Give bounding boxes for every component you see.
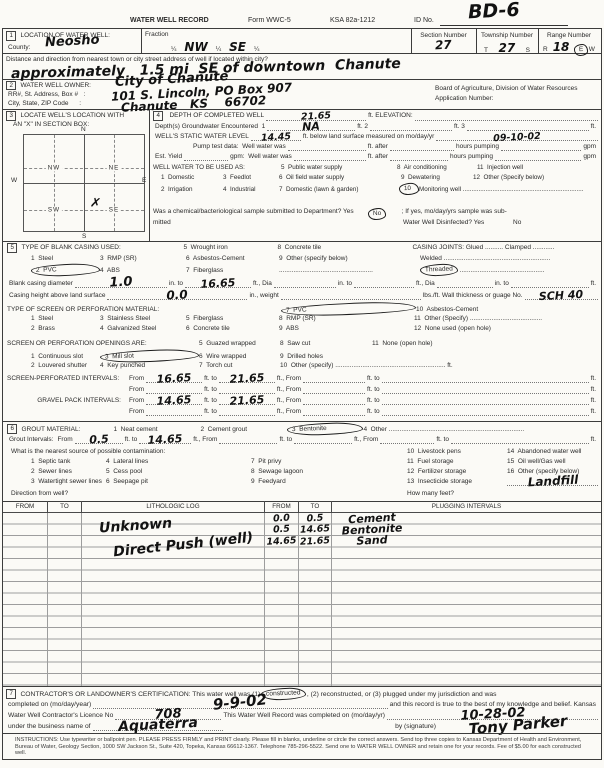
how-many-feet-label: How many feet?: [407, 489, 454, 498]
option-item: 2 Brass: [31, 324, 100, 333]
option-item: Welded .................................…: [420, 254, 550, 263]
form-frame: 1 LOCATION OF WATER WELL: County: Neosho…: [2, 28, 602, 760]
contamination-other-blank: Landfill: [507, 479, 598, 486]
quadrant-label-ne: NE: [107, 164, 122, 171]
diameter-blank: 1.0: [75, 281, 167, 288]
after-label: ft. after: [368, 142, 388, 151]
grout-from2-blank: [219, 437, 277, 444]
option-item: 1 Septic tank: [31, 457, 106, 466]
gravel-to2-blank: [382, 398, 589, 405]
gravel-from2-blank: [303, 398, 365, 405]
casing-height-line: Casing height above land surface 0.0 in.…: [7, 291, 598, 300]
casing-diameter-line: Blank casing diameter 1.0 in. to 16.65 f…: [7, 279, 598, 288]
circled-constructed: constructed: [261, 687, 306, 701]
handwritten-gravel-to: 21.65: [229, 394, 264, 407]
screen-interval-line1: SCREEN-PERFORATED INTERVALS: From 16.65 …: [7, 374, 598, 383]
contamination-row4: 3 Watertight sewer lines6 Seepage pit9 F…: [31, 477, 598, 486]
gravel-to3-blank: [219, 409, 275, 416]
in-to-label: in. to: [495, 279, 509, 288]
after-label: ft. after: [368, 152, 388, 161]
pump-after-blank: [390, 144, 454, 151]
groundwater3-blank: [467, 124, 589, 131]
instructions-text: INSTRUCTIONS: Use typewriter or ballpoin…: [15, 737, 581, 756]
sample-question: Was a chemical/bacteriological sample su…: [153, 207, 354, 216]
fraction-label: Fraction: [145, 31, 168, 38]
option-item: 5 Wrought iron: [183, 243, 277, 252]
section-box-center-horizontal-line: [24, 183, 144, 184]
compass-north-label: N: [81, 126, 86, 133]
option-item: Monitoring well ........................…: [419, 185, 583, 194]
ft-label: ft.: [591, 407, 596, 416]
licence-label: Water Well Contractor's Licence No: [8, 711, 113, 720]
ft-from-label: ft., From: [277, 407, 301, 416]
option-item: 1 Continuous slot: [31, 352, 100, 361]
option-item: 12 None used (open hole): [414, 324, 491, 333]
ft-to-label: ft. to: [367, 407, 380, 416]
measured-date-blank: 09-10-02: [436, 134, 598, 141]
option-item: ........................................…: [279, 266, 420, 275]
signature-blank: Tony Parker: [438, 724, 598, 731]
section4-number: 4: [153, 111, 163, 121]
application-number-label: Application Number:: [435, 95, 494, 102]
section7-number: 7: [6, 689, 16, 699]
use-label-line: WELL WATER TO BE USED AS: 5 Public water…: [153, 163, 598, 172]
sample-question2: ; If yes, mo/day/yrs sample was sub-: [402, 207, 507, 216]
option-item: 9 Drilled holes: [280, 352, 323, 361]
from-label: From: [57, 435, 72, 444]
compass-west-label: W: [11, 177, 17, 184]
option-item: 8 RMP (SR): [279, 314, 414, 323]
option-item: 6 Wire wrapped: [199, 352, 280, 361]
groundwater2-label: ft. 2: [357, 122, 368, 131]
openings-title-row: SCREEN OR PERFORATION OPENINGS ARE: 5 Gu…: [7, 339, 598, 348]
gravel-from4-blank: [303, 409, 365, 416]
screen-to2-blank: [382, 376, 589, 383]
option-item: 5 Public water supply: [281, 163, 397, 172]
quarter-symbol: ¼: [254, 45, 259, 54]
static-water-level-blank: 14.45: [251, 134, 301, 141]
handwritten-section-number: 27: [435, 39, 452, 52]
pump-ft-blank: [288, 144, 366, 151]
blank-casing-title: TYPE OF BLANK CASING USED:: [21, 243, 183, 252]
direction-line: Direction from well? How many feet?: [11, 489, 598, 498]
option-item: 8 Saw cut: [280, 339, 372, 348]
handwritten-township: 27: [498, 42, 515, 54]
range-e: E: [579, 46, 584, 53]
section3-title-a: LOCATE WELL'S LOCATION WITH: [20, 111, 124, 120]
option-item: 10 Asbestos-Cement: [416, 305, 478, 314]
yield-label: Est. Yield: [155, 152, 182, 161]
range-line: R 18 E W: [540, 41, 600, 56]
owner-city-label-line: City, State, ZIP Code :: [8, 99, 81, 108]
log-header-from2: FROM: [264, 501, 298, 512]
grout-to-blank: 14.65: [139, 437, 191, 444]
dia2-to-blank: [354, 281, 414, 288]
section-box-quarter-line: [54, 135, 55, 231]
handwritten-grout-to: 14.65: [148, 433, 183, 446]
compass-east-label: E: [142, 177, 146, 184]
direction-label: Direction from well?: [11, 489, 407, 498]
dia3-blank: [437, 281, 493, 288]
option-item: 8 Concrete tile: [277, 243, 412, 252]
option-item: 14 Abandoned water well: [507, 447, 581, 456]
screen-material-row3: 2 Brass4 Galvanized Steel6 Concrete tile…: [31, 324, 598, 333]
ft-from-label: ft., From: [193, 435, 217, 444]
grout-from3-blank: [380, 437, 434, 444]
diameter-label: Blank casing diameter: [9, 279, 73, 288]
handwritten-contamination-other: Landfill: [527, 474, 578, 489]
use-options-row3: 2 Irrigation4 Industrial7 Domestic (lawn…: [161, 183, 598, 195]
from-label: From: [129, 396, 144, 405]
dia3-to-blank: [511, 281, 589, 288]
option-item: 4 Lateral lines: [106, 457, 251, 466]
disinfected-line: mitted Water Well Disinfected? Yes No: [153, 218, 598, 227]
gravel-from3-blank: [146, 409, 202, 416]
quadrant-label-nw: NW: [46, 164, 63, 171]
grout-intervals-line: Grout Intervals: From 0.5 ft. to 14.65 f…: [7, 435, 598, 444]
screen-material-label: TYPE OF SCREEN OR PERFORATION MATERIAL:: [7, 305, 281, 314]
gpm-label: gpm: [583, 152, 596, 161]
handwritten-well-id: BD-6: [468, 1, 521, 23]
yield-gpm-blank: [495, 154, 581, 161]
screen-to3-blank: [219, 387, 275, 394]
from-label: From: [129, 385, 144, 394]
option-item: 15 Oil well/Gas well: [507, 457, 566, 466]
option-item: 7 Domestic (lawn & garden): [279, 185, 399, 194]
handwritten-diameter: 1.0: [109, 275, 133, 289]
option-item: 9 ABS: [279, 324, 414, 333]
casing-height-blank: 0.0: [107, 293, 247, 300]
gravel-interval-line1: GRAVEL PACK INTERVALS: From 14.65 ft. to…: [7, 396, 598, 405]
handwritten-fraction-2: SE: [229, 41, 246, 53]
option-item: 9 Feedyard: [251, 477, 407, 486]
quarter-symbol: ¼: [171, 45, 176, 54]
owner-address-label: RR#, St. Address, Box # :: [8, 90, 85, 99]
handwritten-grout-from: 0.5: [89, 433, 109, 445]
option-item: 3 Watertight sewer lines: [31, 477, 106, 486]
handwritten-diameter-to: 16.65: [200, 277, 235, 290]
option-item: 1 Domestic: [161, 173, 223, 182]
owner-address-label-line: RR#, St. Address, Box # :: [8, 90, 85, 99]
yield-after-blank: [390, 154, 448, 161]
option-item: 4 Key punched: [100, 361, 199, 370]
use-label: WELL WATER TO BE USED AS:: [153, 163, 281, 172]
form-title: WATER WELL RECORD: [130, 17, 209, 24]
from-label: From: [129, 407, 144, 416]
handwritten-lithology-1: Unknown: [99, 516, 173, 535]
handwritten-plug-material-3: Sand: [337, 533, 407, 548]
log-header-to2: TO: [298, 501, 331, 512]
owner-title: WATER WELL OWNER:: [20, 81, 91, 90]
handwritten-plug-to-3: 21.65: [299, 536, 331, 547]
static-water-level-label2: ft. below land surface measured on mo/da…: [303, 132, 435, 141]
groundwater2-blank: [370, 124, 452, 131]
fraction-line: ¼ NW ¼ SE ¼: [153, 41, 403, 54]
contamination-label: What is the nearest source of possible c…: [11, 447, 407, 456]
screen-to4-blank: [382, 387, 589, 394]
option-item: 3 Feedlot: [223, 173, 279, 182]
pump-gpm-blank: [501, 144, 581, 151]
handwritten-business-name: Aquaterra: [117, 716, 197, 734]
ft-from-label: ft., From: [277, 396, 301, 405]
ft-to-label: ft. to: [367, 374, 380, 383]
quadrant-label-sw: SW: [46, 206, 62, 213]
option-item: 5 Cess pool: [106, 467, 251, 476]
option-item: CASING JOINTS: Glued .......... Clamped …: [412, 243, 554, 252]
gravel-intervals-label: GRAVEL PACK INTERVALS:: [7, 396, 127, 405]
range-r: R: [543, 45, 548, 54]
sample-question-line: Was a chemical/bacteriological sample su…: [153, 207, 598, 216]
quadrant-label-se: SE: [107, 206, 121, 213]
screen-to-blank: 21.65: [219, 376, 275, 383]
form-number: Form WWC-5: [248, 17, 291, 24]
depth-label: DEPTH OF COMPLETED WELL: [169, 111, 264, 120]
option-item: 4 ABS: [100, 266, 186, 275]
option-item: 10 Other (specify) .....................…: [280, 361, 453, 370]
ft-to-label: ft. to: [204, 374, 217, 383]
grout-intervals-label: Grout Intervals:: [9, 435, 53, 444]
dia2-blank: [274, 281, 336, 288]
option-item: 8 Air conditioning: [397, 163, 477, 172]
option-item: 1 Neat cement: [113, 425, 200, 434]
option-item: 2 Louvered shutter: [31, 361, 100, 370]
section2-number: 2: [6, 81, 16, 91]
certification-text-b: , (2) reconstructed, or (3) plugged unde…: [307, 690, 497, 699]
option-item: 12 Fertilizer storage: [407, 467, 507, 476]
ft-to-label: ft. to: [436, 435, 449, 444]
quarter-symbol: ¼: [216, 45, 221, 54]
owner-city-label: City, State, ZIP Code :: [8, 99, 81, 108]
groundwater-label: Depth(s) Groundwater Encountered 1: [155, 122, 265, 131]
option-item: 7 Pit privy: [251, 457, 407, 466]
screen-interval-line2: From ft. to ft., From ft. to ft.: [127, 385, 598, 394]
option-item: 2 Irrigation: [161, 185, 223, 194]
gpm-label: gpm: [583, 142, 596, 151]
contamination-row3: 2 Sewer lines5 Cess pool8 Sewage lagoon1…: [31, 467, 598, 476]
ft-to-label: ft. to: [204, 407, 217, 416]
compass-south-label: S: [82, 233, 86, 240]
screen-intervals-label: SCREEN-PERFORATED INTERVALS:: [7, 374, 127, 383]
section3-title-line2: AN "X" IN SECTION BOX:: [13, 120, 89, 129]
option-item: 2 Sewer lines: [31, 467, 106, 476]
wall-label: lbs./ft. Wall thickness or guage No.: [423, 291, 523, 300]
owner-title-line: 2 WATER WELL OWNER:: [6, 81, 91, 91]
township-t: T: [484, 46, 488, 55]
yield-blank: [184, 154, 228, 161]
section3-title-b: AN "X" IN SECTION BOX:: [13, 120, 89, 129]
township-label: Township Number: [481, 31, 533, 40]
gravel-to-blank: 21.65: [219, 398, 275, 405]
ft-from-label: ft., From: [277, 374, 301, 383]
screen-from2-blank: [303, 376, 365, 383]
groundwater1-blank: NA: [267, 124, 355, 131]
completed-on-label: completed on (mo/day/year): [8, 700, 91, 709]
handwritten-casing-height: 0.0: [167, 288, 189, 301]
static-water-level-line: WELL'S STATIC WATER LEVEL 14.45 ft. belo…: [153, 132, 598, 141]
handwritten-gauge: SCH 40: [539, 289, 584, 302]
handwritten-range: 18: [553, 41, 570, 53]
range-w: W: [589, 45, 595, 54]
ft-dia-label: ft., Dia: [253, 279, 272, 288]
record-completed-label: This Water Well Record was completed on …: [223, 711, 385, 720]
weight-label: in., weight: [249, 291, 278, 300]
ft-label: ft.: [591, 279, 596, 288]
option-item: 11 None (open hole): [372, 339, 433, 348]
certification-line4: under the business name of Aquaterra by …: [6, 722, 598, 731]
handwritten-screen-from: 16.65: [157, 372, 192, 385]
groundwater-line: Depth(s) Groundwater Encountered 1 NA ft…: [153, 122, 598, 131]
log-header-plugging: PLUGGING INTERVALS: [331, 501, 601, 512]
circled-option: Threaded: [420, 263, 458, 276]
grout-to3-blank: [451, 437, 589, 444]
ft-to-label: ft. to: [204, 396, 217, 405]
handwritten-completed-date: 9-9-02: [213, 692, 268, 713]
gauge-blank: SCH 40: [525, 293, 598, 300]
openings-label: SCREEN OR PERFORATION OPENINGS ARE:: [7, 339, 199, 348]
blank-casing-row2: 1 Steel3 RMP (SR)6 Asbestos-Cement9 Othe…: [31, 254, 598, 263]
option-item: 6 Seepage pit: [106, 477, 251, 486]
in-to-label: in. to: [169, 279, 183, 288]
option-item: 8 Sewage lagoon: [251, 467, 407, 476]
use-options-row2: 1 Domestic3 Feedlot6 Oil field water sup…: [161, 173, 598, 182]
section-box-quarter-line: [24, 168, 144, 169]
screen-from4-blank: [303, 387, 365, 394]
option-item: 4 Industrial: [223, 185, 279, 194]
option-item: 6 Concrete tile: [186, 324, 279, 333]
elevation-blank: [415, 114, 598, 121]
elevation-label: ft. ELEVATION:: [368, 111, 413, 120]
table-column-line: [331, 513, 332, 686]
from-label: From: [129, 374, 144, 383]
pump-test-label: Pump test data: Well water was: [193, 142, 286, 151]
handwritten-plug-from-2: 0.5: [265, 524, 298, 535]
contamination-row2: 1 Septic tank4 Lateral lines7 Pit privy1…: [31, 457, 598, 466]
gravel-interval-line2: From ft. to ft., From ft. to ft.: [127, 407, 598, 416]
option-item: 4 Other ................................…: [363, 425, 524, 434]
option-item: 11 Fuel storage: [407, 457, 507, 466]
ft-label: ft.: [591, 435, 596, 444]
certification-line1: 7 CONTRACTOR'S OR LANDOWNER'S CERTIFICAT…: [6, 688, 598, 700]
ksa-statute: KSA 82a-1212: [330, 17, 375, 24]
yield-ft-blank: [294, 154, 366, 161]
option-item: 2 Cement grout: [200, 425, 287, 434]
completed-date-blank: 9-9-02: [93, 702, 387, 709]
openings-row3: 2 Louvered shutter4 Key punched7 Torch c…: [31, 361, 598, 370]
ft-from-label: ft., From: [277, 385, 301, 394]
ft-label: ft.: [591, 374, 596, 383]
circled-range-east: E: [574, 44, 589, 56]
option-item: 12 Other (Specify below): [473, 173, 544, 182]
option-item: 11 Injection well: [477, 163, 523, 172]
option-item: 4 Galvanized Steel: [100, 324, 186, 333]
casing-height-label: Casing height above land surface: [9, 291, 105, 300]
blank-casing-title-row: 5 TYPE OF BLANK CASING USED: 5 Wrought i…: [7, 243, 598, 253]
county-line: County:: [8, 43, 30, 52]
hours-label: hours pumping: [450, 152, 493, 161]
disinfected-no: No: [513, 218, 521, 227]
township-s: S: [526, 46, 530, 55]
section5-number: 5: [7, 243, 17, 253]
section1-number: 1: [6, 31, 16, 41]
handwritten-plug-to-2: 14.65: [299, 524, 331, 535]
handwritten-plug-from-3: 14.65: [265, 536, 298, 547]
range-label: Range Number: [547, 31, 591, 40]
option-item: 11 Other (Specify) .....................…: [414, 314, 542, 323]
handwritten-plug-from-1: 0.0: [265, 513, 298, 524]
section-box-quarter-line: [114, 135, 115, 231]
ft-to-label: ft. to: [125, 435, 138, 444]
handwritten-x-mark: ✗: [89, 196, 102, 210]
ft-dia-label: ft., Dia: [416, 279, 435, 288]
handwritten-screen-to: 21.65: [229, 372, 264, 385]
handwritten-lithology-2: Direct Push (well): [113, 531, 254, 560]
handwritten-fraction-1: NW: [184, 41, 207, 53]
screen-from-blank: 16.65: [146, 376, 202, 383]
ft-to-label: ft. to: [279, 435, 292, 444]
log-header-to: TO: [47, 501, 81, 512]
id-label: ID No.: [414, 17, 434, 24]
board-label: Board of Agriculture, Division of Water …: [435, 85, 577, 92]
ft-label: ft.: [591, 385, 596, 394]
business-name-blank: Aquaterra: [93, 724, 223, 731]
log-header-from: FROM: [3, 501, 47, 512]
township-line: T 27 S: [476, 42, 538, 55]
sample-answer: No: [354, 208, 402, 215]
weight-blank: [281, 293, 421, 300]
option-item: 3 RMP (SR): [100, 254, 186, 263]
section-location-box: NW NE SW SE ✗: [23, 134, 145, 232]
township-header: Township Number: [476, 31, 538, 40]
option-item: 7 Torch cut: [199, 361, 280, 370]
ft-to-label: ft. to: [204, 385, 217, 394]
contamination-label-row: What is the nearest source of possible c…: [11, 447, 598, 456]
groundwater3-label: ft. 3: [454, 122, 465, 131]
yield-line: Est. Yield gpm: Well water was ft. after…: [153, 152, 598, 161]
county-label: County:: [8, 43, 30, 52]
blank-casing-row3: 2 PVC4 ABS7 Fiberglass..................…: [31, 264, 598, 276]
ft-label: ft.: [591, 396, 596, 405]
option-item: 10 Livestock pens: [407, 447, 507, 456]
table-column-line: [81, 513, 82, 686]
static-water-level-label: WELL'S STATIC WATER LEVEL: [155, 132, 249, 141]
handwritten-county: Neosho: [45, 34, 100, 50]
log-table-header: FROM TO LITHOLOGIC LOG FROM TO PLUGGING …: [3, 501, 601, 513]
option-item: 7 Fiberglass: [186, 266, 279, 275]
log-table-body: Unknown Direct Push (well) 0.0 0.5 Cemen…: [3, 513, 601, 686]
circled-option: 10: [399, 183, 419, 196]
ft-to-label: ft. to: [367, 385, 380, 394]
option-item: 9 Dewatering: [401, 173, 473, 182]
grout-from-blank: 0.5: [75, 437, 123, 444]
ft-to-label: ft. to: [367, 396, 380, 405]
log-header-lithologic: LITHOLOGIC LOG: [81, 501, 264, 512]
option-item: 3 Stainless Steel: [100, 314, 186, 323]
table-column-line: [47, 513, 48, 686]
screen-material-row2: 1 Steel3 Stainless Steel5 Fiberglass8 RM…: [31, 314, 598, 323]
diameter-to-blank: 16.65: [185, 281, 251, 288]
business-name-label: under the business name of: [8, 722, 91, 731]
ft-label: ft.: [591, 122, 596, 131]
hours-label: hours pumping: [456, 142, 499, 151]
option-item: 1 Steel: [31, 314, 100, 323]
option-item: 6 Asbestos-Cement: [186, 254, 279, 263]
water-well-record-form: WATER WELL RECORD Form WWC-5 KSA 82a-121…: [0, 0, 604, 768]
section-box-quarter-line: [24, 210, 144, 211]
grout-to2-blank: [294, 437, 352, 444]
option-item: 9 Other (specify below): [279, 254, 420, 263]
option-item: 6 Oil field water supply: [279, 173, 401, 182]
in-to-label: in. to: [338, 279, 352, 288]
